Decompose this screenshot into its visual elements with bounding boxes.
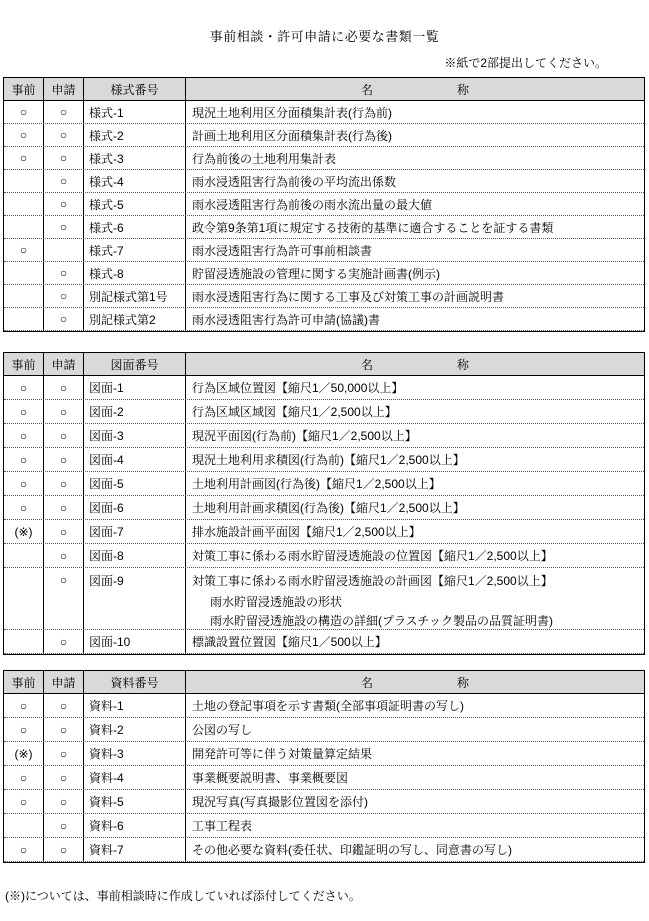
table-row: ○ 様式-7 雨水浸透阻害行為許可事前相談書 — [4, 239, 644, 262]
pre-consult-mark — [4, 568, 44, 592]
doc-number: 図面-6 — [84, 496, 186, 519]
table-row: ○ 図面-8 対策工事に係わる雨水貯留浸透施設の位置図【縮尺1／2,500以上】 — [4, 544, 644, 568]
doc-name: 行為前後の土地利用集計表 — [186, 147, 644, 169]
pre-consult-mark: ○ — [4, 424, 44, 447]
pre-consult-mark: ○ — [4, 496, 44, 519]
doc-name: 計画土地利用区分面積集計表(行為後) — [186, 124, 644, 146]
doc-name: 排水施設計画平面図【縮尺1／2,500以上】 — [186, 520, 644, 543]
header-application: 申請 — [44, 671, 84, 693]
doc-number: 別記様式第1号 — [84, 285, 186, 307]
pre-consult-mark: ○ — [4, 147, 44, 169]
application-mark: ○ — [44, 448, 84, 471]
header-name-right: 称 — [457, 674, 469, 691]
doc-number: 資料-6 — [84, 814, 186, 837]
application-mark: ○ — [44, 520, 84, 543]
header-name: 名 称 — [186, 78, 644, 100]
table-row: ○ 図面-10 標識設置位置図【縮尺1／500以上】 — [4, 630, 644, 654]
pre-consult-mark — [4, 630, 44, 653]
table-row: ○ ○ 図面-5 土地利用計画図(行為後)【縮尺1／2,500以上】 — [4, 472, 644, 496]
forms-table-header: 事前 申請 様式番号 名 称 — [4, 78, 644, 101]
application-mark: ○ — [44, 285, 84, 307]
table-row: ○ ○ 図面-2 行為区域区域図【縮尺1／2,500以上】 — [4, 400, 644, 424]
pre-consult-mark: ○ — [4, 694, 44, 717]
doc-number — [84, 592, 186, 611]
pre-consult-mark: ○ — [4, 448, 44, 471]
pre-consult-mark: (※) — [4, 742, 44, 765]
doc-number: 図面-5 — [84, 472, 186, 495]
drawings-table-header: 事前 申請 図面番号 名 称 — [4, 353, 644, 376]
conditional-footnote: (※)については、事前相談時に作成していれば添付してください。 — [5, 887, 649, 904]
application-mark — [44, 592, 84, 611]
forms-table: 事前 申請 様式番号 名 称 ○ ○ 様式-1 現況土地利用区分面積集計表(行為… — [3, 77, 645, 332]
table-row: ○ ○ 図面-3 現況平面図(行為前)【縮尺1／2,500以上】 — [4, 424, 644, 448]
application-mark: ○ — [44, 814, 84, 837]
doc-number: 様式-7 — [84, 239, 186, 261]
application-mark: ○ — [44, 376, 84, 399]
application-mark: ○ — [44, 424, 84, 447]
table-row: 雨水貯留浸透施設の形状 — [4, 592, 644, 611]
doc-name: 事業概要説明書、事業概要図 — [186, 766, 644, 789]
application-mark: ○ — [44, 400, 84, 423]
document-page: 事前相談・許可申請に必要な書類一覧 ※紙で2部提出してください。 事前 申請 様… — [0, 0, 649, 921]
application-mark: ○ — [44, 766, 84, 789]
header-name-right: 称 — [457, 356, 469, 373]
page-title: 事前相談・許可申請に必要な書類一覧 — [0, 0, 649, 45]
doc-name: その他必要な資料(委任状、印鑑証明の写し、同意書の写し) — [186, 838, 644, 861]
header-form-number: 様式番号 — [84, 78, 186, 100]
doc-number: 様式-5 — [84, 193, 186, 215]
application-mark: ○ — [44, 124, 84, 146]
table-row: ○ 別記様式第1号 雨水浸透阻害行為に関する工事及び対策工事の計画説明書 — [4, 285, 644, 308]
header-pre-consult: 事前 — [4, 671, 44, 693]
header-pre-consult: 事前 — [4, 78, 44, 100]
doc-name: 政令第9条第1項に規定する技術的基準に適合することを証する書類 — [186, 216, 644, 238]
doc-name: 行為区域区域図【縮尺1／2,500以上】 — [186, 400, 644, 423]
pre-consult-mark — [4, 262, 44, 284]
table-row: ○ 図面-9 対策工事に係わる雨水貯留浸透施設の計画図【縮尺1／2,500以上】 — [4, 568, 644, 592]
pre-consult-mark: (※) — [4, 520, 44, 543]
table-row: ○ ○ 図面-4 現況土地利用求積図(行為前)【縮尺1／2,500以上】 — [4, 448, 644, 472]
doc-name: 土地利用計画求積図(行為後)【縮尺1／2,500以上】 — [186, 496, 644, 519]
application-mark: ○ — [44, 101, 84, 123]
application-mark: ○ — [44, 694, 84, 717]
doc-name: 雨水貯留浸透施設の構造の詳細(プラスチック製品の品質証明書) — [186, 611, 644, 629]
table-row: ○ ○ 資料-2 公図の写し — [4, 718, 644, 742]
application-mark: ○ — [44, 472, 84, 495]
pre-consult-mark: ○ — [4, 376, 44, 399]
pre-consult-mark: ○ — [4, 400, 44, 423]
doc-number: 様式-3 — [84, 147, 186, 169]
table-row: ○ 様式-4 雨水浸透阻害行為前後の平均流出係数 — [4, 170, 644, 193]
pre-consult-mark — [4, 216, 44, 238]
header-pre-consult: 事前 — [4, 353, 44, 375]
header-application: 申請 — [44, 353, 84, 375]
table-row: ○ 様式-5 雨水浸透阻害行為前後の雨水流出量の最大値 — [4, 193, 644, 216]
pre-consult-mark: ○ — [4, 718, 44, 741]
application-mark: ○ — [44, 262, 84, 284]
table-row: ○ ○ 資料-5 現況写真(写真撮影位置図を添付) — [4, 790, 644, 814]
doc-number: 図面-9 — [84, 568, 186, 592]
doc-number: 資料-3 — [84, 742, 186, 765]
table-row: ○ 様式-8 貯留浸透施設の管理に関する実施計画書(例示) — [4, 262, 644, 285]
doc-number: 図面-3 — [84, 424, 186, 447]
doc-name: 標識設置位置図【縮尺1／500以上】 — [186, 630, 644, 653]
application-mark: ○ — [44, 308, 84, 330]
application-mark: ○ — [44, 544, 84, 567]
materials-table: 事前 申請 資料番号 名 称 ○ ○ 資料-1 土地の登記事項を示す書類(全部事… — [3, 670, 645, 863]
application-mark — [44, 611, 84, 629]
doc-name: 雨水浸透阻害行為許可事前相談書 — [186, 239, 644, 261]
doc-name: 土地の登記事項を示す書類(全部事項証明書の写し) — [186, 694, 644, 717]
table-row: ○ 資料-6 工事工程表 — [4, 814, 644, 838]
pre-consult-mark: ○ — [4, 101, 44, 123]
pre-consult-mark — [4, 544, 44, 567]
pre-consult-mark — [4, 308, 44, 330]
application-mark: ○ — [44, 790, 84, 813]
table-row: ○ ○ 様式-3 行為前後の土地利用集計表 — [4, 147, 644, 170]
doc-name: 雨水浸透阻害行為前後の平均流出係数 — [186, 170, 644, 192]
doc-number: 図面-8 — [84, 544, 186, 567]
doc-name: 対策工事に係わる雨水貯留浸透施設の計画図【縮尺1／2,500以上】 — [186, 568, 644, 592]
doc-number: 図面-7 — [84, 520, 186, 543]
pre-consult-mark — [4, 193, 44, 215]
table-row: ○ ○ 資料-4 事業概要説明書、事業概要図 — [4, 766, 644, 790]
doc-number: 様式-8 — [84, 262, 186, 284]
header-drawing-number: 図面番号 — [84, 353, 186, 375]
doc-number: 様式-2 — [84, 124, 186, 146]
materials-table-header: 事前 申請 資料番号 名 称 — [4, 671, 644, 694]
doc-number: 資料-2 — [84, 718, 186, 741]
doc-number — [84, 611, 186, 629]
application-mark: ○ — [44, 742, 84, 765]
table-row: ○ ○ 図面-1 行為区域位置図【縮尺1／50,000以上】 — [4, 376, 644, 400]
doc-name: 雨水浸透阻害行為前後の雨水流出量の最大値 — [186, 193, 644, 215]
pre-consult-mark: ○ — [4, 790, 44, 813]
drawings-table: 事前 申請 図面番号 名 称 ○ ○ 図面-1 行為区域位置図【縮尺1／50,0… — [3, 352, 645, 655]
pre-consult-mark — [4, 170, 44, 192]
doc-name: 雨水浸透阻害行為許可申請(協議)書 — [186, 308, 644, 330]
doc-name: 現況土地利用求積図(行為前)【縮尺1／2,500以上】 — [186, 448, 644, 471]
header-name-left: 名 — [361, 356, 373, 373]
doc-number: 図面-1 — [84, 376, 186, 399]
header-material-number: 資料番号 — [84, 671, 186, 693]
table-row: ○ ○ 様式-2 計画土地利用区分面積集計表(行為後) — [4, 124, 644, 147]
doc-number: 様式-4 — [84, 170, 186, 192]
pre-consult-mark: ○ — [4, 766, 44, 789]
table-row: ○ 別記様式第2 雨水浸透阻害行為許可申請(協議)書 — [4, 308, 644, 331]
table-row: 雨水貯留浸透施設の構造の詳細(プラスチック製品の品質証明書) — [4, 611, 644, 630]
doc-number: 様式-1 — [84, 101, 186, 123]
application-mark: ○ — [44, 568, 84, 592]
header-name: 名 称 — [186, 353, 644, 375]
application-mark: ○ — [44, 630, 84, 653]
header-application: 申請 — [44, 78, 84, 100]
doc-name: 開発許可等に伴う対策量算定結果 — [186, 742, 644, 765]
application-mark: ○ — [44, 147, 84, 169]
application-mark: ○ — [44, 170, 84, 192]
table-row: ○ ○ 資料-1 土地の登記事項を示す書類(全部事項証明書の写し) — [4, 694, 644, 718]
header-name-left: 名 — [361, 81, 373, 98]
submission-note: ※紙で2部提出してください。 — [0, 54, 607, 71]
table-row: ○ ○ 資料-7 その他必要な資料(委任状、印鑑証明の写し、同意書の写し) — [4, 838, 644, 862]
doc-name: 対策工事に係わる雨水貯留浸透施設の位置図【縮尺1／2,500以上】 — [186, 544, 644, 567]
pre-consult-mark — [4, 611, 44, 629]
doc-name: 土地利用計画図(行為後)【縮尺1／2,500以上】 — [186, 472, 644, 495]
doc-name: 貯留浸透施設の管理に関する実施計画書(例示) — [186, 262, 644, 284]
pre-consult-mark: ○ — [4, 838, 44, 861]
application-mark: ○ — [44, 718, 84, 741]
table-row: (※) ○ 資料-3 開発許可等に伴う対策量算定結果 — [4, 742, 644, 766]
pre-consult-mark — [4, 814, 44, 837]
doc-number: 図面-10 — [84, 630, 186, 653]
doc-number: 資料-4 — [84, 766, 186, 789]
application-mark: ○ — [44, 496, 84, 519]
pre-consult-mark — [4, 285, 44, 307]
doc-name: 行為区域位置図【縮尺1／50,000以上】 — [186, 376, 644, 399]
application-mark: ○ — [44, 216, 84, 238]
table-row: ○ 様式-6 政令第9条第1項に規定する技術的基準に適合することを証する書類 — [4, 216, 644, 239]
doc-name: 現況土地利用区分面積集計表(行為前) — [186, 101, 644, 123]
pre-consult-mark: ○ — [4, 239, 44, 261]
header-name: 名 称 — [186, 671, 644, 693]
doc-name: 現況平面図(行為前)【縮尺1／2,500以上】 — [186, 424, 644, 447]
pre-consult-mark: ○ — [4, 124, 44, 146]
application-mark: ○ — [44, 838, 84, 861]
doc-number: 様式-6 — [84, 216, 186, 238]
doc-number: 資料-7 — [84, 838, 186, 861]
header-name-right: 称 — [457, 81, 469, 98]
application-mark: ○ — [44, 193, 84, 215]
doc-name: 雨水貯留浸透施設の形状 — [186, 592, 644, 611]
doc-number: 資料-1 — [84, 694, 186, 717]
application-mark — [44, 239, 84, 261]
doc-number: 図面-2 — [84, 400, 186, 423]
doc-number: 図面-4 — [84, 448, 186, 471]
doc-name: 雨水浸透阻害行為に関する工事及び対策工事の計画説明書 — [186, 285, 644, 307]
header-name-left: 名 — [361, 674, 373, 691]
table-row: ○ ○ 図面-6 土地利用計画求積図(行為後)【縮尺1／2,500以上】 — [4, 496, 644, 520]
doc-number: 別記様式第2 — [84, 308, 186, 330]
table-row: ○ ○ 様式-1 現況土地利用区分面積集計表(行為前) — [4, 101, 644, 124]
doc-number: 資料-5 — [84, 790, 186, 813]
doc-name: 現況写真(写真撮影位置図を添付) — [186, 790, 644, 813]
doc-name: 公図の写し — [186, 718, 644, 741]
table-row: (※) ○ 図面-7 排水施設計画平面図【縮尺1／2,500以上】 — [4, 520, 644, 544]
pre-consult-mark — [4, 592, 44, 611]
doc-name: 工事工程表 — [186, 814, 644, 837]
pre-consult-mark: ○ — [4, 472, 44, 495]
